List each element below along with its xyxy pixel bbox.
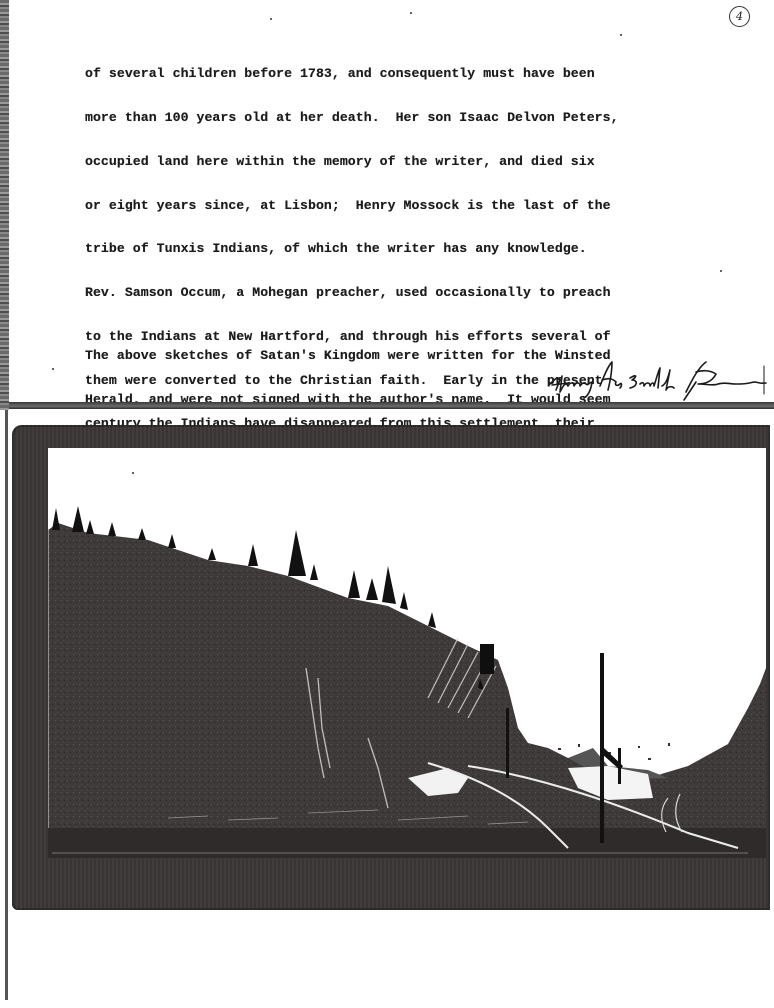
scan-speck bbox=[132, 472, 134, 474]
scan-speck bbox=[620, 34, 622, 36]
text-line: The above sketches of Satan's Kingdom we… bbox=[85, 349, 611, 364]
scan-binding-edge bbox=[0, 0, 9, 410]
text-line: more than 100 years old at her death. He… bbox=[85, 111, 619, 126]
page-separator bbox=[9, 402, 774, 409]
text-line: Rev. Samson Occum, a Mohegan preacher, u… bbox=[85, 286, 619, 301]
scan-left-rule bbox=[5, 410, 8, 1000]
page-number-stamp: 4 bbox=[729, 6, 750, 27]
text-line: or eight years since, at Lisbon; Henry M… bbox=[85, 199, 619, 214]
scan-speck bbox=[410, 12, 412, 14]
text-line: of several children before 1783, and con… bbox=[85, 67, 619, 82]
photograph-railroad-cliff bbox=[48, 448, 766, 858]
text-line: occupied land here within the memory of … bbox=[85, 155, 619, 170]
text-line: tribe of Tunxis Indians, of which the wr… bbox=[85, 242, 619, 257]
scan-speck bbox=[720, 270, 722, 272]
scan-speck bbox=[270, 18, 272, 20]
scan-speck bbox=[52, 368, 54, 370]
handwritten-signature bbox=[546, 356, 772, 406]
